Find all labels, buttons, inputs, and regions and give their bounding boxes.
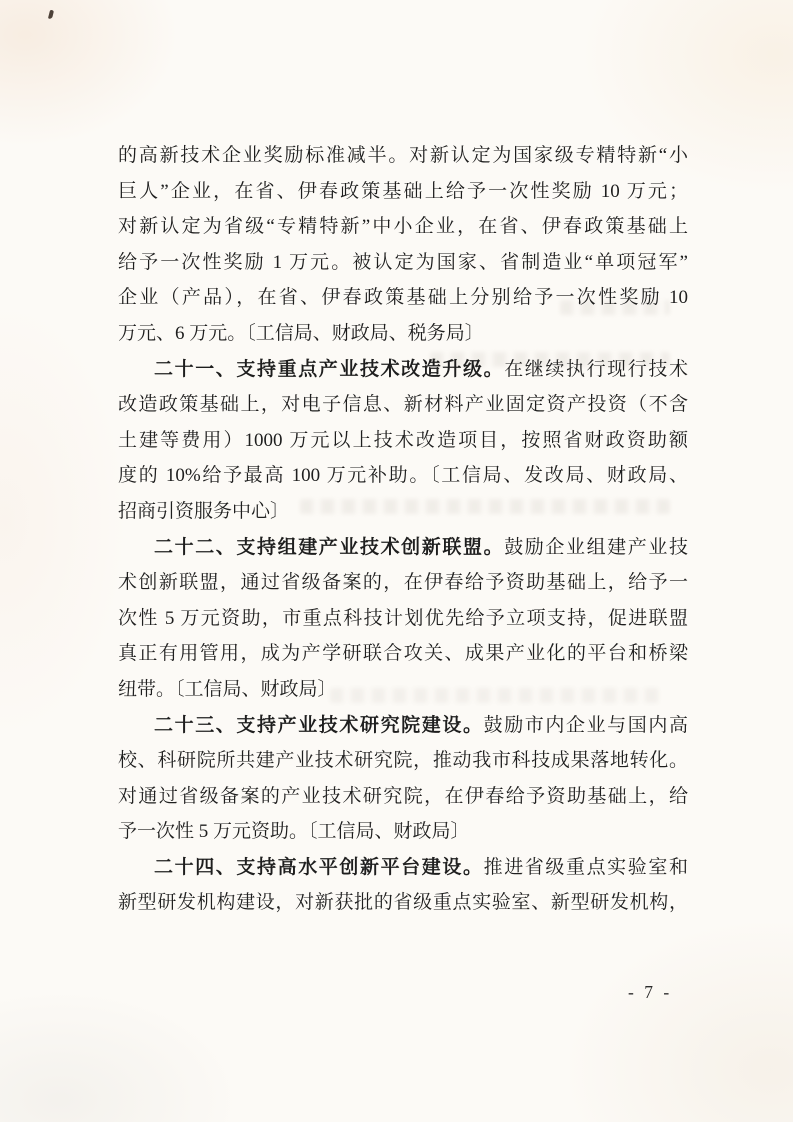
- text-line: 二十四、支持高水平创新平台建设。推进省级重点实验室和: [118, 850, 688, 886]
- text-line: 予一次性 5 万元资助。〔工信局、财政局〕: [118, 814, 688, 850]
- text-line: 二十一、支持重点产业技术改造升级。在继续执行现行技术: [118, 352, 688, 388]
- text-line: 巨人”企业，在省、伊春政策基础上给予一次性奖励 10 万元；: [118, 174, 688, 210]
- body-text: 对通过省级备案的产业技术研究院，在伊春给予资助基础上，给: [118, 786, 688, 807]
- clause-heading: 二十三、支持产业技术研究院建设。: [154, 715, 484, 736]
- body-text: 对新认定为省级“专精特新”中小企业，在省、伊春政策基础上: [118, 216, 688, 237]
- body-text: 万元、6 万元。〔工信局、财政局、税务局〕: [118, 323, 484, 344]
- body-text: 纽带。〔工信局、财政局〕: [118, 679, 337, 700]
- text-line: 招商引资服务中心〕: [118, 494, 688, 530]
- document-lines: 的高新技术企业奖励标准减半。对新认定为国家级专精特新“小巨人”企业，在省、伊春政…: [118, 138, 688, 921]
- scanned-document-page: 的高新技术企业奖励标准减半。对新认定为国家级专精特新“小巨人”企业，在省、伊春政…: [0, 0, 793, 1122]
- text-line: 次性 5 万元资助，市重点科技计划优先给予立项支持，促进联盟: [118, 601, 688, 637]
- body-text: 招商引资服务中心〕: [118, 501, 289, 522]
- text-line: 改造政策基础上，对电子信息、新材料产业固定资产投资（不含: [118, 387, 688, 423]
- body-text: 推进省级重点实验室和: [484, 857, 688, 878]
- clause-heading: 二十一、支持重点产业技术改造升级。: [154, 359, 504, 380]
- text-line: 对新认定为省级“专精特新”中小企业，在省、伊春政策基础上: [118, 209, 688, 245]
- body-text: 术创新联盟，通过省级备案的，在伊春给予资助基础上，给予一: [118, 572, 688, 593]
- text-line: 给予一次性奖励 1 万元。被认定为国家、省制造业“单项冠军”: [118, 245, 688, 281]
- text-line: 真正有用管用，成为产学研联合攻关、成果产业化的平台和桥梁: [118, 636, 688, 672]
- text-line: 对通过省级备案的产业技术研究院，在伊春给予资助基础上，给: [118, 779, 688, 815]
- body-text: 真正有用管用，成为产学研联合攻关、成果产业化的平台和桥梁: [118, 643, 688, 664]
- text-line: 的高新技术企业奖励标准减半。对新认定为国家级专精特新“小: [118, 138, 688, 174]
- text-line: 土建等费用）1000 万元以上技术改造项目，按照省财政资助额: [118, 423, 688, 459]
- text-line: 二十二、支持组建产业技术创新联盟。鼓励企业组建产业技: [118, 530, 688, 566]
- clause-heading: 二十二、支持组建产业技术创新联盟。: [154, 537, 504, 558]
- text-line: 二十三、支持产业技术研究院建设。鼓励市内企业与国内高: [118, 708, 688, 744]
- body-text: 土建等费用）1000 万元以上技术改造项目，按照省财政资助额: [118, 430, 688, 451]
- body-text: 的高新技术企业奖励标准减半。对新认定为国家级专精特新“小: [118, 145, 688, 166]
- body-text: 改造政策基础上，对电子信息、新材料产业固定资产投资（不含: [118, 394, 688, 415]
- text-line: 企业（产品），在省、伊春政策基础上分别给予一次性奖励 10: [118, 280, 688, 316]
- page-number: - 7 -: [628, 982, 672, 1003]
- body-text: 鼓励市内企业与国内高: [484, 715, 688, 736]
- body-text: 巨人”企业，在省、伊春政策基础上给予一次性奖励 10 万元；: [118, 181, 688, 202]
- body-text: 校、科研院所共建产业技术研究院，推动我市科技成果落地转化。: [118, 750, 688, 771]
- text-line: 度的 10%给予最高 100 万元补助。〔工信局、发改局、财政局、: [118, 458, 688, 494]
- text-line: 纽带。〔工信局、财政局〕: [118, 672, 688, 708]
- body-text: 企业（产品），在省、伊春政策基础上分别给予一次性奖励 10: [118, 287, 688, 308]
- body-text: 予一次性 5 万元资助。〔工信局、财政局〕: [118, 821, 470, 842]
- body-text: 新型研发机构建设，对新获批的省级重点实验室、新型研发机构，: [118, 892, 688, 913]
- text-line: 万元、6 万元。〔工信局、财政局、税务局〕: [118, 316, 688, 352]
- text-line: 校、科研院所共建产业技术研究院，推动我市科技成果落地转化。: [118, 743, 688, 779]
- text-line: 新型研发机构建设，对新获批的省级重点实验室、新型研发机构，: [118, 885, 688, 921]
- body-text: 度的 10%给予最高 100 万元补助。〔工信局、发改局、财政局、: [118, 465, 688, 486]
- body-text: 次性 5 万元资助，市重点科技计划优先给予立项支持，促进联盟: [118, 608, 688, 629]
- clause-heading: 二十四、支持高水平创新平台建设。: [154, 857, 484, 878]
- body-text: 在继续执行现行技术: [504, 359, 688, 380]
- body-text: 鼓励企业组建产业技: [504, 537, 688, 558]
- text-line: 术创新联盟，通过省级备案的，在伊春给予资助基础上，给予一: [118, 565, 688, 601]
- body-text: 给予一次性奖励 1 万元。被认定为国家、省制造业“单项冠军”: [118, 252, 688, 273]
- ink-speck-artifact: [48, 10, 54, 20]
